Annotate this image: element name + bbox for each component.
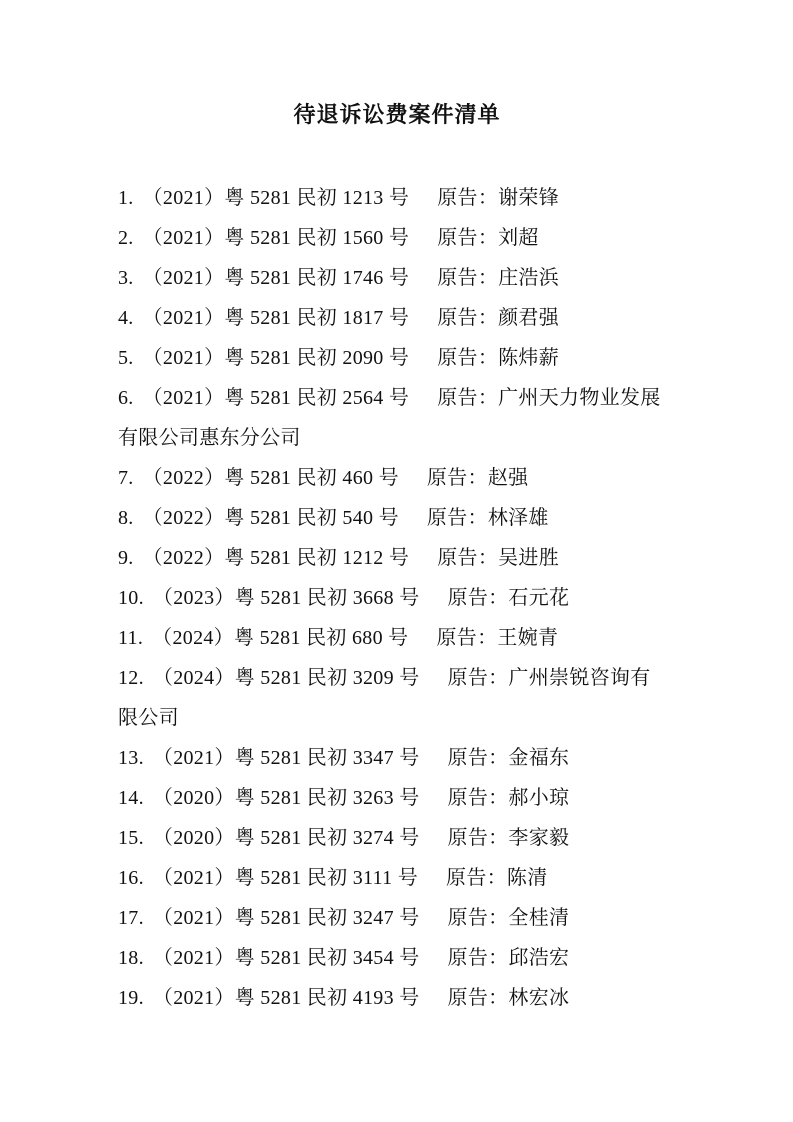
document-title: 待退诉讼费案件清单 — [118, 100, 676, 130]
case-item: 19.（2021）粤 5281 民初 4193 号原告：林宏冰 — [118, 978, 666, 1018]
plaintiff-text: 原告：石元花 — [448, 587, 570, 609]
case-item: 5.（2021）粤 5281 民初 2090 号原告：陈炜薪 — [118, 338, 666, 378]
case-reference-number: （2022）粤 5281 民初 1212 号 — [143, 547, 410, 569]
case-reference-number: （2021）粤 5281 民初 1560 号 — [143, 227, 410, 249]
plaintiff-text: 原告：郝小琼 — [448, 787, 570, 809]
plaintiff-text: 原告：刘超 — [437, 227, 539, 249]
case-reference-number: （2024）粤 5281 民初 680 号 — [152, 627, 408, 649]
case-item-number: 2. — [118, 227, 134, 249]
case-item-number: 8. — [118, 507, 134, 529]
case-item-number: 7. — [118, 467, 134, 489]
plaintiff-text: 原告：颜君强 — [437, 307, 559, 329]
case-item-number: 15. — [118, 827, 144, 849]
case-item-number: 3. — [118, 267, 134, 289]
plaintiff-text: 原告：吴进胜 — [437, 547, 559, 569]
case-item: 9.（2022）粤 5281 民初 1212 号原告：吴进胜 — [118, 538, 666, 578]
plaintiff-text: 原告：谢荣锋 — [437, 187, 559, 209]
plaintiff-text: 原告：赵强 — [427, 467, 529, 489]
case-item: 16.（2021）粤 5281 民初 3111 号原告：陈清 — [118, 858, 666, 898]
case-item: 1.（2021）粤 5281 民初 1213 号原告：谢荣锋 — [118, 178, 666, 218]
plaintiff-text: 原告：庄浩浜 — [437, 267, 559, 289]
case-reference-number: （2021）粤 5281 民初 4193 号 — [153, 987, 420, 1009]
case-item-number: 18. — [118, 947, 144, 969]
case-item: 12.（2024）粤 5281 民初 3209 号原告：广州崇锐咨询有限公司 — [118, 658, 666, 738]
case-item: 17.（2021）粤 5281 民初 3247 号原告：全桂清 — [118, 898, 666, 938]
case-item: 14.（2020）粤 5281 民初 3263 号原告：郝小琼 — [118, 778, 666, 818]
case-item: 11.（2024）粤 5281 民初 680 号原告：王婉青 — [118, 618, 666, 658]
case-reference-number: （2020）粤 5281 民初 3263 号 — [153, 787, 420, 809]
case-item-number: 9. — [118, 547, 134, 569]
case-reference-number: （2020）粤 5281 民初 3274 号 — [153, 827, 420, 849]
case-reference-number: （2021）粤 5281 民初 2564 号 — [143, 387, 410, 409]
case-item-number: 5. — [118, 347, 134, 369]
case-item-number: 13. — [118, 747, 144, 769]
plaintiff-text: 原告：王婉青 — [436, 627, 558, 649]
case-reference-number: （2024）粤 5281 民初 3209 号 — [153, 667, 420, 689]
case-item-number: 12. — [118, 667, 144, 689]
case-item: 10.（2023）粤 5281 民初 3668 号原告：石元花 — [118, 578, 666, 618]
case-reference-number: （2021）粤 5281 民初 1746 号 — [143, 267, 410, 289]
case-item: 13.（2021）粤 5281 民初 3347 号原告：金福东 — [118, 738, 666, 778]
case-item: 2.（2021）粤 5281 民初 1560 号原告：刘超 — [118, 218, 666, 258]
case-item: 4.（2021）粤 5281 民初 1817 号原告：颜君强 — [118, 298, 666, 338]
case-reference-number: （2023）粤 5281 民初 3668 号 — [153, 587, 420, 609]
case-reference-number: （2021）粤 5281 民初 1817 号 — [143, 307, 410, 329]
case-item-number: 14. — [118, 787, 144, 809]
plaintiff-text: 原告：金福东 — [448, 747, 570, 769]
plaintiff-text: 原告：林宏冰 — [448, 987, 570, 1009]
plaintiff-text: 原告：陈炜薪 — [437, 347, 559, 369]
case-reference-number: （2021）粤 5281 民初 3454 号 — [153, 947, 420, 969]
case-reference-number: （2022）粤 5281 民初 540 号 — [143, 507, 399, 529]
plaintiff-text: 原告：全桂清 — [448, 907, 570, 929]
plaintiff-text: 原告：李家毅 — [448, 827, 570, 849]
case-item-number: 17. — [118, 907, 144, 929]
case-item-number: 16. — [118, 867, 144, 889]
case-reference-number: （2022）粤 5281 民初 460 号 — [143, 467, 399, 489]
document-page: 待退诉讼费案件清单 1.（2021）粤 5281 民初 1213 号原告：谢荣锋… — [0, 0, 793, 1122]
case-item-number: 10. — [118, 587, 144, 609]
case-reference-number: （2021）粤 5281 民初 3347 号 — [153, 747, 420, 769]
case-item: 15.（2020）粤 5281 民初 3274 号原告：李家毅 — [118, 818, 666, 858]
case-item-number: 1. — [118, 187, 134, 209]
case-item-number: 6. — [118, 387, 134, 409]
case-reference-number: （2021）粤 5281 民初 3111 号 — [153, 867, 418, 889]
case-item: 8.（2022）粤 5281 民初 540 号原告：林泽雄 — [118, 498, 666, 538]
case-reference-number: （2021）粤 5281 民初 2090 号 — [143, 347, 410, 369]
plaintiff-text: 原告：陈清 — [446, 867, 548, 889]
case-item: 18.（2021）粤 5281 民初 3454 号原告：邱浩宏 — [118, 938, 666, 978]
case-item-number: 19. — [118, 987, 144, 1009]
case-item-number: 4. — [118, 307, 134, 329]
case-item: 7.（2022）粤 5281 民初 460 号原告：赵强 — [118, 458, 666, 498]
case-list: 1.（2021）粤 5281 民初 1213 号原告：谢荣锋 2.（2021）粤… — [118, 178, 666, 1018]
case-reference-number: （2021）粤 5281 民初 1213 号 — [143, 187, 410, 209]
plaintiff-text: 原告：邱浩宏 — [448, 947, 570, 969]
case-item-number: 11. — [118, 627, 143, 649]
case-reference-number: （2021）粤 5281 民初 3247 号 — [153, 907, 420, 929]
case-item: 6.（2021）粤 5281 民初 2564 号原告：广州天力物业发展有限公司惠… — [118, 378, 666, 458]
plaintiff-text: 原告：林泽雄 — [427, 507, 549, 529]
case-item: 3.（2021）粤 5281 民初 1746 号原告：庄浩浜 — [118, 258, 666, 298]
